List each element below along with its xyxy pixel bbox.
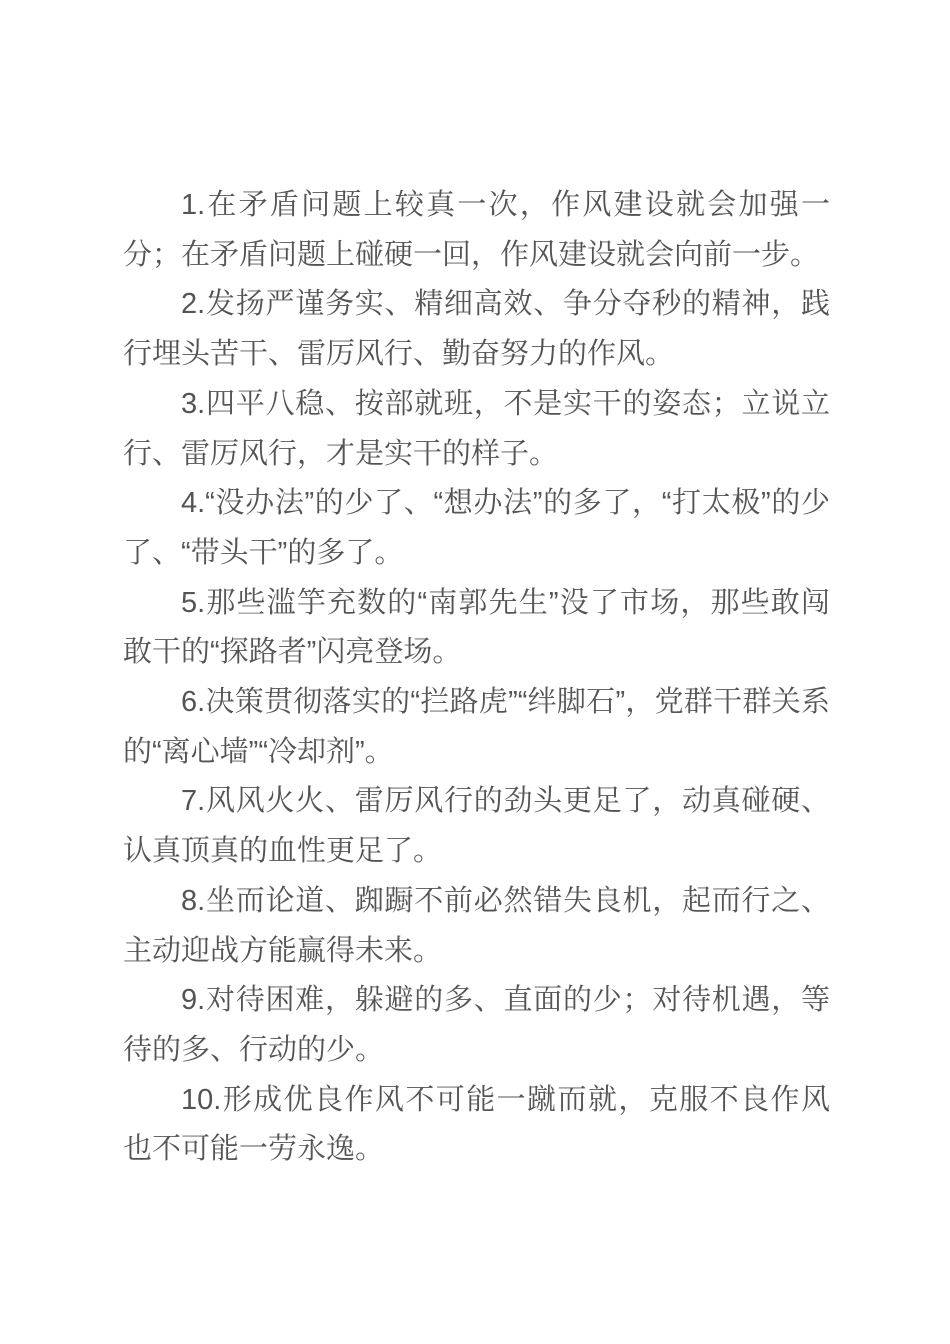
paragraph-6: 6.决策贯彻落实的“拦路虎”“绊脚石”，党群干群关系的“离心墙”“冷却剂”。 (123, 678, 830, 777)
paragraph-1: 1.在矛盾问题上较真一次，作风建设就会加强一分；在矛盾问题上碰硬一回，作风建设就… (123, 181, 830, 280)
paragraph-7: 7.风风火火、雷厉风行的劲头更足了，动真碰硬、认真顶真的血性更足了。 (123, 777, 830, 876)
document-page: 1.在矛盾问题上较真一次，作风建设就会加强一分；在矛盾问题上碰硬一回，作风建设就… (0, 0, 950, 1344)
paragraph-8: 8.坐而论道、踟蹰不前必然错失良机，起而行之、主动迎战方能赢得未来。 (123, 877, 830, 976)
paragraph-10: 10.形成优良作风不可能一蹴而就，克服不良作风也不可能一劳永逸。 (123, 1076, 830, 1175)
paragraph-3: 3.四平八稳、按部就班，不是实干的姿态；立说立行、雷厉风行，才是实干的样子。 (123, 380, 830, 479)
paragraph-2: 2.发扬严谨务实、精细高效、争分夺秒的精神，践行埋头苦干、雷厉风行、勤奋努力的作… (123, 280, 830, 379)
paragraph-4: 4.“没办法”的少了、“想办法”的多了，“打太极”的少了、“带头干”的多了。 (123, 479, 830, 578)
paragraph-5: 5.那些滥竽充数的“南郭先生”没了市场，那些敢闯敢干的“探路者”闪亮登场。 (123, 579, 830, 678)
paragraph-9: 9.对待困难，躲避的多、直面的少；对待机遇，等待的多、行动的少。 (123, 976, 830, 1075)
